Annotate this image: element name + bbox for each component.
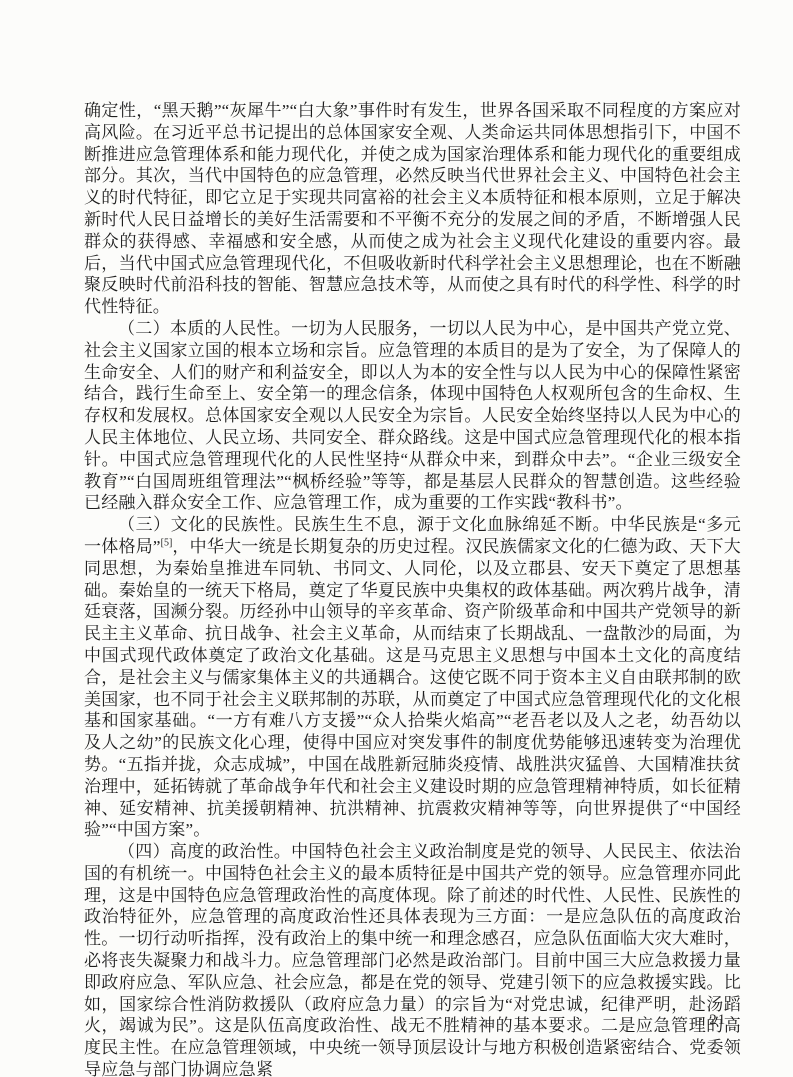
paragraph-3-text-after-footnote: ，中华大一统是长期复杂的历史过程。汉民族儒家文化的仁德为政、天下大同思想，为秦始…: [84, 537, 741, 839]
page-number: · 21 ·: [699, 1012, 738, 1029]
paragraph-section-3-minzu-xing: （三）文化的民族性。民族生生不息，源于文化血脉绵延不断。中华民族是“多元一体格局…: [84, 514, 741, 841]
document-page: 确定性，“黑天鹅”“灰犀牛”“白大象”事件时有发生，世界各国采取不同程度的方案应…: [0, 0, 793, 1077]
paragraph-section-2-renmin-xing: （二）本质的人民性。一切为人民服务，一切以人民为中心，是中国共产党立党、社会主义…: [84, 318, 741, 514]
paragraph-continuation: 确定性，“黑天鹅”“灰犀牛”“白大象”事件时有发生，世界各国采取不同程度的方案应…: [84, 100, 741, 318]
paragraph-section-4-zhengzhi-xing: （四）高度的政治性。中国特色社会主义政治制度是党的领导、人民民主、依法治国的有机…: [84, 841, 741, 1077]
body-text: 确定性，“黑天鹅”“灰犀牛”“白大象”事件时有发生，世界各国采取不同程度的方案应…: [84, 100, 741, 1077]
footnote-reference-5: [5]: [161, 537, 173, 548]
